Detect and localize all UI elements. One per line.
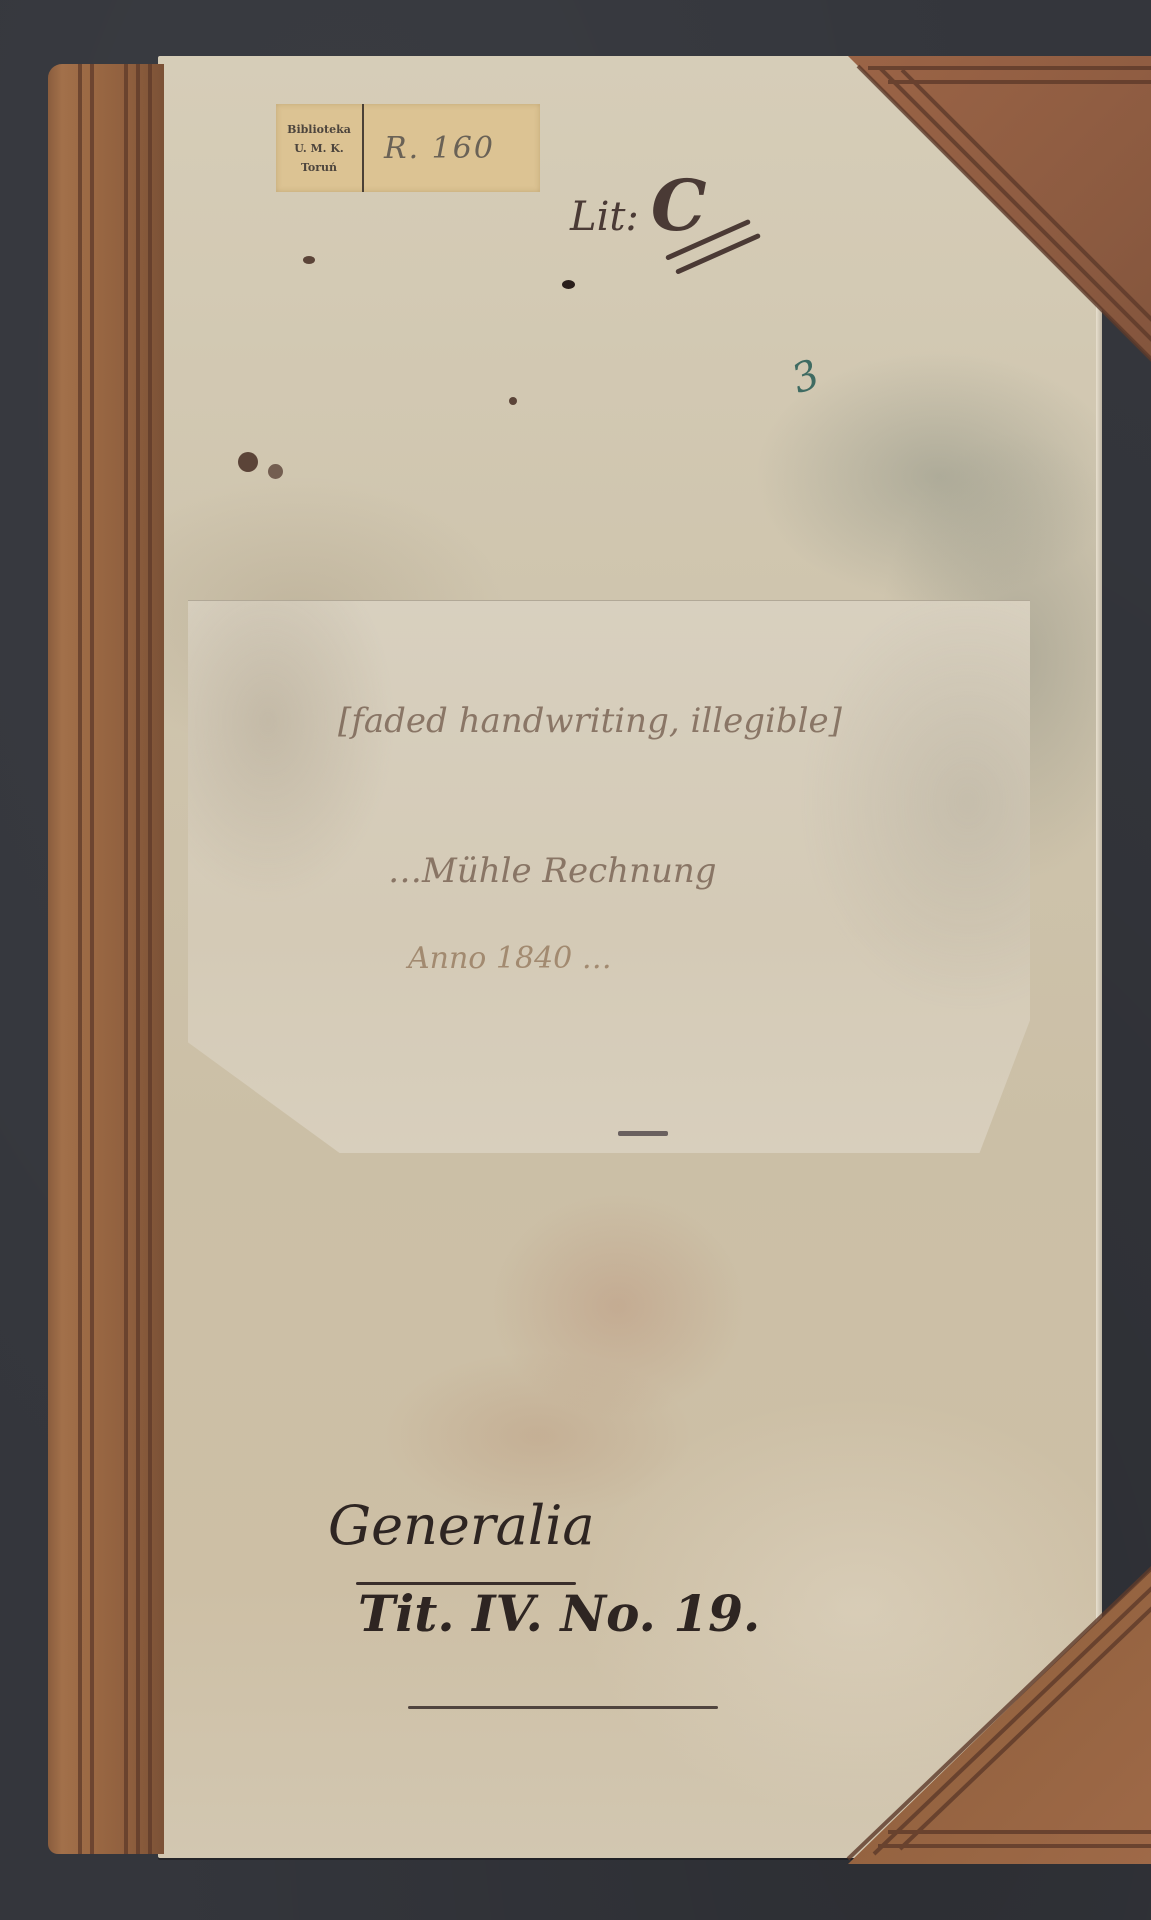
- spine-rule: [90, 64, 94, 1854]
- corner-tooling-top: [848, 56, 1151, 416]
- ink-stain: [303, 256, 315, 264]
- label-line-1: [faded handwriting, illegible]: [338, 701, 842, 741]
- ledger-book: Biblioteka U. M. K. Toruń R. 160 Lit:C 3…: [48, 52, 1098, 1862]
- ink-stain: [268, 464, 283, 479]
- library-abbrev: U. M. K.: [294, 139, 343, 158]
- ink-dash: [618, 1131, 668, 1136]
- front-cover: Biblioteka U. M. K. Toruń R. 160 Lit:C 3…: [158, 56, 1096, 1858]
- inscription-prefix: Lit:: [570, 194, 639, 240]
- library-city: Toruń: [301, 158, 337, 177]
- leather-spine: [48, 64, 164, 1854]
- green-pencil-mark: 3: [786, 351, 826, 403]
- corner-tooling-bottom: [848, 1514, 1151, 1864]
- ink-stain: [238, 452, 258, 472]
- library-shelfmark-label: Biblioteka U. M. K. Toruń R. 160: [276, 104, 540, 192]
- spine-rule: [78, 64, 82, 1854]
- ink-stain: [509, 397, 517, 405]
- spine-rule: [148, 64, 152, 1854]
- library-name: Biblioteka: [287, 120, 351, 139]
- spine-rule: [124, 64, 128, 1854]
- label-line-2: …Mühle Rechnung: [388, 851, 717, 891]
- pasted-title-label: [faded handwriting, illegible] …Mühle Re…: [188, 600, 1030, 1153]
- code-underline: [408, 1706, 718, 1709]
- spine-rule: [136, 64, 140, 1854]
- bottom-code: Tit. IV. No. 19.: [358, 1584, 760, 1643]
- bottom-title: Generalia: [328, 1494, 595, 1557]
- shelfmark: R. 160: [364, 104, 540, 192]
- library-name-block: Biblioteka U. M. K. Toruń: [276, 104, 364, 192]
- ink-stain: [562, 280, 575, 289]
- inscription-letter: C: [651, 164, 707, 247]
- top-inscription: Lit:C: [570, 164, 707, 247]
- label-line-3: Anno 1840 …: [408, 941, 612, 976]
